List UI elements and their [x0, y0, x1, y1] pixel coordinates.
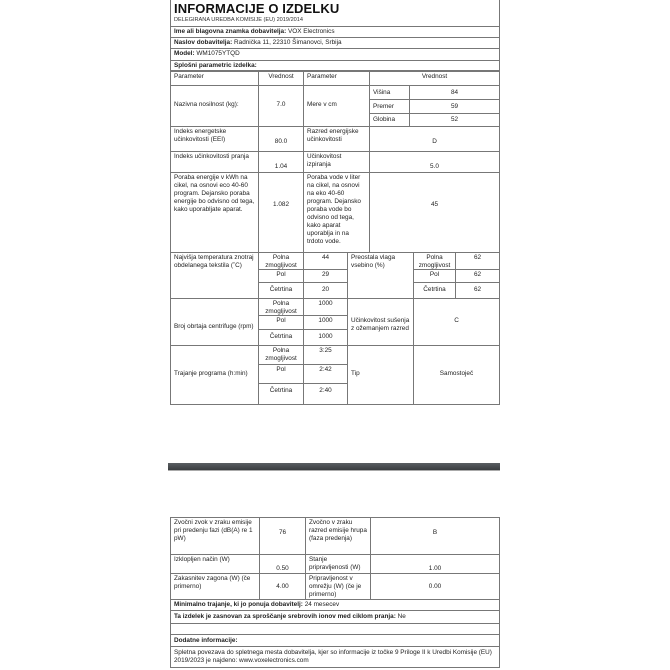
noise-class-value: B: [370, 517, 500, 555]
spin-full-value: 1000: [303, 298, 348, 316]
wash-index-label: Indeks učinkovitosti pranja: [170, 151, 259, 173]
spin-class-label: Učinkovitost sušenja z ožemanjem razred: [347, 298, 414, 346]
supplier-name-value: VOX Electronics: [288, 28, 335, 35]
max-temp-label: Najvišja temperatura znotraj obdelanega …: [170, 252, 259, 299]
page-separator: [168, 463, 500, 470]
type-value: Samostoječ: [413, 345, 500, 405]
temp-half-value: 29: [303, 269, 348, 283]
moisture-load-quarter: Četrtina: [413, 282, 456, 299]
delay-start-label: Zakasnitev zagona (W) (če primerno): [170, 573, 260, 600]
temp-full-value: 44: [303, 252, 348, 270]
moisture-half-value: 62: [455, 269, 500, 283]
noise-class-label: Zvočno v zraku razred emisije hrupa (faz…: [305, 517, 371, 555]
duration-quarter-value: 2:40: [303, 383, 348, 405]
width-label: Premer: [369, 99, 410, 114]
spin-half-value: 1000: [303, 315, 348, 330]
spin-class-value: C: [413, 298, 500, 346]
depth-value: 52: [409, 113, 500, 127]
col-header-value-2: Vrednost: [369, 71, 500, 86]
energy-class-value: D: [369, 126, 500, 152]
supplier-name-label: Ime ali blagovna znamka dobavitelja:: [174, 28, 286, 35]
silver-ions-row: Ta izdelek je zasnovan za sproščanje sre…: [170, 610, 500, 624]
network-standby-label: Pripravljenost v omrežju (W) (če je prim…: [305, 573, 371, 600]
water-consumption-value: 45: [369, 172, 500, 253]
temp-load-full: Polna zmogljivost: [258, 252, 304, 270]
min-duration-label: Minimalno trajanje, ki jo ponuja dobavit…: [174, 601, 303, 608]
standby-value: 1.00: [370, 554, 500, 574]
min-duration-value: 24 mesecev: [305, 601, 339, 608]
duration-load-full: Polna zmogljivost: [258, 345, 304, 365]
moisture-label: Preostala vlaga vsebino (%): [347, 252, 414, 299]
duration-label: Trajanje programa (h:min): [170, 345, 259, 405]
model-value: WM1075YTQD: [196, 50, 239, 57]
height-value: 84: [409, 85, 500, 100]
duration-load-half: Pol: [258, 364, 304, 384]
document-page-2: Zvočni zvok v zraku emisije pri predenju…: [170, 517, 500, 670]
rinse-value: 5.0: [369, 151, 500, 173]
network-standby-value: 0.00: [370, 573, 500, 600]
spin-quarter-value: 1000: [303, 329, 348, 346]
capacity-label: Nazivna nosilnost (kg):: [170, 85, 259, 127]
regulation-subtitle: DELEGIRANA UREDBA KOMISIJE (EU) 2019/201…: [174, 17, 303, 23]
duration-half-value: 2:42: [303, 364, 348, 384]
type-label: Tip: [347, 345, 414, 405]
spin-speed-label: Broj obrtaja centrifuge (rpm): [170, 298, 259, 346]
spin-load-quarter: Četrtina: [258, 329, 304, 346]
col-header-value: Vrednost: [258, 71, 304, 86]
height-label: Višina: [369, 85, 410, 100]
supplier-website-link[interactable]: www.voxelectronics.com: [239, 657, 309, 664]
moisture-quarter-value: 62: [455, 282, 500, 299]
capacity-value: 7.0: [258, 85, 304, 127]
additional-info-row: Spletna povezava do spletnega mesta doba…: [170, 646, 500, 668]
depth-label: Globina: [369, 113, 410, 127]
additional-info-text: Spletna povezava do spletnega mesta doba…: [174, 649, 492, 664]
wash-index-value: 1.04: [258, 151, 304, 173]
model-label: Model:: [174, 50, 195, 57]
off-mode-label: Izklopljen način (W): [170, 554, 260, 574]
col-header-parameter-2: Parameter: [303, 71, 370, 86]
temp-load-half: Pol: [258, 269, 304, 283]
duration-full-value: 3:25: [303, 345, 348, 365]
noise-value: 76: [259, 517, 306, 555]
width-value: 59: [409, 99, 500, 114]
silver-ions-value: Ne: [398, 613, 406, 620]
silver-ions-label: Ta izdelek je zasnovan za sproščanje sre…: [174, 613, 396, 620]
eei-label: Indeks energetske učinkovitosti (EEI): [170, 126, 259, 152]
duration-load-quarter: Četrtina: [258, 383, 304, 405]
moisture-full-value: 62: [455, 252, 500, 270]
col-header-parameter: Parameter: [170, 71, 259, 86]
energy-class-label: Razred energijske učinkovitosti: [303, 126, 370, 152]
temp-quarter-value: 20: [303, 282, 348, 299]
energy-consumption-value: 1.082: [258, 172, 304, 253]
moisture-load-full: Polna zmogljivost: [413, 252, 456, 270]
standby-label: Stanje pripravljenosti (W): [305, 554, 371, 574]
spin-load-full: Polna zmogljivost: [258, 298, 304, 316]
supplier-address-label: Naslov dobavitelja:: [174, 39, 232, 46]
off-mode-value: 0.50: [259, 554, 306, 574]
water-consumption-label: Poraba vode v liter na cikel, na osnovi …: [303, 172, 370, 253]
spin-load-half: Pol: [258, 315, 304, 330]
supplier-address-value: Radnička 11, 22310 Šimanovci, Srbija: [234, 39, 342, 46]
energy-consumption-label: Poraba energije v kWh na cikel, na osnov…: [170, 172, 259, 253]
noise-label: Zvočni zvok v zraku emisije pri predenju…: [170, 517, 260, 555]
document-page-1: INFORMACIJE O IZDELKU DELEGIRANA UREDBA …: [170, 0, 500, 412]
temp-load-quarter: Četrtina: [258, 282, 304, 299]
eei-value: 80.0: [258, 126, 304, 152]
dimensions-label: Mere v cm: [303, 85, 370, 127]
document-title: INFORMACIJE O IZDELKU: [174, 1, 339, 16]
rinse-label: Učinkovitost izpiranja: [303, 151, 370, 173]
delay-start-value: 4.00: [259, 573, 306, 600]
moisture-load-half: Pol: [413, 269, 456, 283]
